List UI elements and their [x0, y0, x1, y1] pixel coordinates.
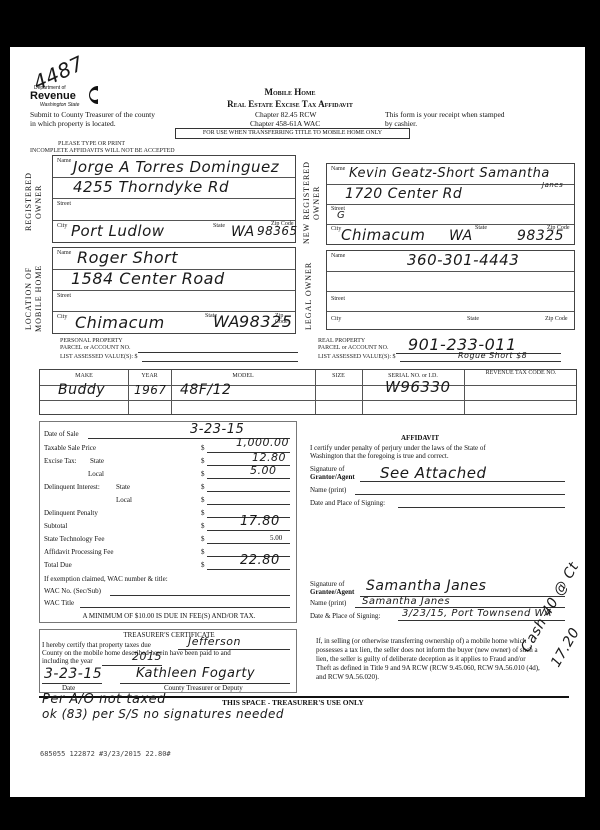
grantee-signature[interactable]: Samantha Janes [366, 578, 486, 594]
col-size: SIZE [315, 373, 362, 379]
treasurer-year[interactable]: 2015 [132, 650, 162, 663]
instructions-1: PLEASE TYPE OR PRINT [58, 141, 125, 147]
location-zip[interactable]: 98325 [239, 312, 292, 331]
delinquent-interest-state[interactable] [207, 491, 290, 492]
new-owner-address[interactable]: 1720 Center Rd [345, 186, 462, 202]
registered-owner-box: Name Jorge A Torres Dominguez 4255 Thorn… [52, 155, 296, 243]
subtotal[interactable]: 17.80 [240, 514, 280, 529]
taxable-sale-price[interactable]: 1,000.00 [236, 436, 289, 449]
grantor-signature[interactable]: See Attached [380, 464, 486, 482]
grantor-name-field[interactable] [355, 494, 565, 495]
location-address[interactable]: 1584 Center Road [71, 269, 225, 288]
new-owner-state[interactable]: WA [449, 228, 473, 244]
title-line1: Mobile Home [230, 87, 350, 97]
new-owner-zip[interactable]: 98325 [517, 228, 564, 244]
grantee-name[interactable]: Samantha Janes [362, 596, 450, 607]
chapter-wac: Chapter 458-61A WAC [250, 119, 320, 128]
minimum-notice: A MINIMUM OF $10.00 IS DUE IN FEE(S) AND… [40, 612, 298, 620]
grantor-date-field[interactable] [398, 507, 565, 508]
new-owner-street[interactable]: G [337, 210, 345, 221]
location-city[interactable]: Chimacum [75, 313, 165, 332]
amount-note: 17.20 [548, 625, 583, 670]
make-value[interactable]: Buddy [58, 382, 105, 398]
new-owner-name-cont[interactable]: Janes [542, 181, 563, 189]
registered-owner-zip[interactable]: 98365 [257, 224, 298, 238]
registered-owner-state[interactable]: WA [231, 224, 255, 240]
tax-box: Date of Sale 3-23-15 Taxable Sale Price … [39, 421, 297, 623]
home-table: MAKE YEAR MODEL SIZE SERIAL NO. or I.D. … [39, 369, 577, 415]
section-label-legal-owner: LEGAL OWNER [304, 252, 318, 340]
excise-tax-local[interactable]: 5.00 [250, 464, 277, 477]
chapter-rcw: Chapter 82.45 RCW [255, 110, 316, 119]
receipt-text-2: by cashier. [385, 119, 417, 128]
serial-value[interactable]: W96330 [385, 378, 451, 396]
new-registered-owner-box: Name Kevin Geatz-Short Samantha Janes 17… [326, 163, 575, 245]
treasurer-note-2: ok (83) per S/S no signatures needed [42, 707, 284, 721]
grantee-date-place[interactable]: 3/23/15, Port Townsend WA [402, 608, 552, 619]
col-make: MAKE [40, 373, 128, 379]
location-parcel-field[interactable] [138, 352, 298, 353]
logo-line2: Revenue [30, 90, 76, 102]
date-of-sale[interactable]: 3-23-15 [190, 422, 244, 437]
logo-line3: Washington State [40, 102, 79, 108]
col-model: MODEL [171, 373, 315, 379]
year-value[interactable]: 1967 [134, 383, 167, 397]
model-value[interactable]: 48F/12 [180, 382, 231, 398]
location-assessed-field[interactable] [142, 361, 298, 362]
receipt-stamp: 685055 122872 #3/23/2015 22.80# [40, 750, 171, 758]
section-label-new-registered-owner: NEW REGISTEREDOWNER [302, 159, 326, 247]
delinquent-interest-local[interactable] [207, 504, 290, 505]
legal-owner-name[interactable]: 360-301-4443 [407, 251, 519, 269]
treasurer-note-1: Per A/O not taxed [42, 692, 166, 707]
new-owner-name[interactable]: Kevin Geatz-Short Samantha [349, 166, 550, 181]
lien-notice: If, in selling (or otherwise transferrin… [316, 637, 541, 682]
wac-number-field[interactable] [110, 595, 290, 596]
section-label-location: LOCATION OFMOBILE HOME [24, 252, 48, 344]
submit-text-1: Submit to County Treasurer of the county [30, 110, 155, 119]
notice-box: FOR USE WHEN TRANSFERRING TITLE TO MOBIL… [175, 128, 410, 139]
location-state[interactable]: WA [213, 312, 240, 331]
state-technology-fee: 5.00 [270, 534, 282, 542]
receipt-text-1: This form is your receipt when stamped [385, 110, 505, 119]
location-box: Name Roger Short 1584 Center Road Street… [52, 247, 296, 334]
treasurer-certificate: TREASURER'S CERTIFICATE I hereby certify… [39, 629, 297, 693]
treasurer-use-label: THIS SPACE - TREASURER'S USE ONLY [222, 698, 364, 707]
submit-text-2: in which property is located. [30, 119, 116, 128]
document-page: 4487 Department of Revenue Washington St… [10, 47, 585, 797]
treasurer-date[interactable]: 3-23-15 [44, 666, 102, 682]
legal-owner-box: Name 360-301-4443 Street City State Zip … [326, 250, 575, 330]
treasurer-county[interactable]: Jefferson [188, 635, 241, 648]
location-name[interactable]: Roger Short [77, 248, 178, 267]
total-due[interactable]: 22.80 [240, 553, 280, 568]
registered-owner-city[interactable]: Port Ludlow [71, 222, 165, 240]
new-owner-city[interactable]: Chimacum [341, 226, 425, 244]
treasurer-signature[interactable]: Kathleen Fogarty [136, 666, 255, 681]
registered-owner-address[interactable]: 4255 Thorndyke Rd [73, 178, 229, 196]
excise-tax-state[interactable]: 12.80 [252, 451, 286, 464]
legal-owner-assessed[interactable]: Rogue Short $8 [458, 351, 527, 360]
col-year: YEAR [128, 373, 171, 379]
registered-owner-name[interactable]: Jorge A Torres Dominguez [73, 158, 279, 176]
wac-title-field[interactable] [80, 607, 290, 608]
col-revenue-code: REVENUE TAX CODE NO. [464, 370, 578, 376]
title-line2: Real Estate Excise Tax Affidavit [180, 99, 400, 109]
instructions-2: INCOMPLETE AFFIDAVITS WILL NOT BE ACCEPT… [30, 148, 175, 154]
affidavit-title: AFFIDAVIT [310, 434, 530, 442]
section-label-registered-owner: REGISTEREDOWNER [24, 157, 48, 247]
treasurer-title: TREASURER'S CERTIFICATE [40, 631, 298, 639]
dor-swirl-icon [84, 84, 104, 106]
